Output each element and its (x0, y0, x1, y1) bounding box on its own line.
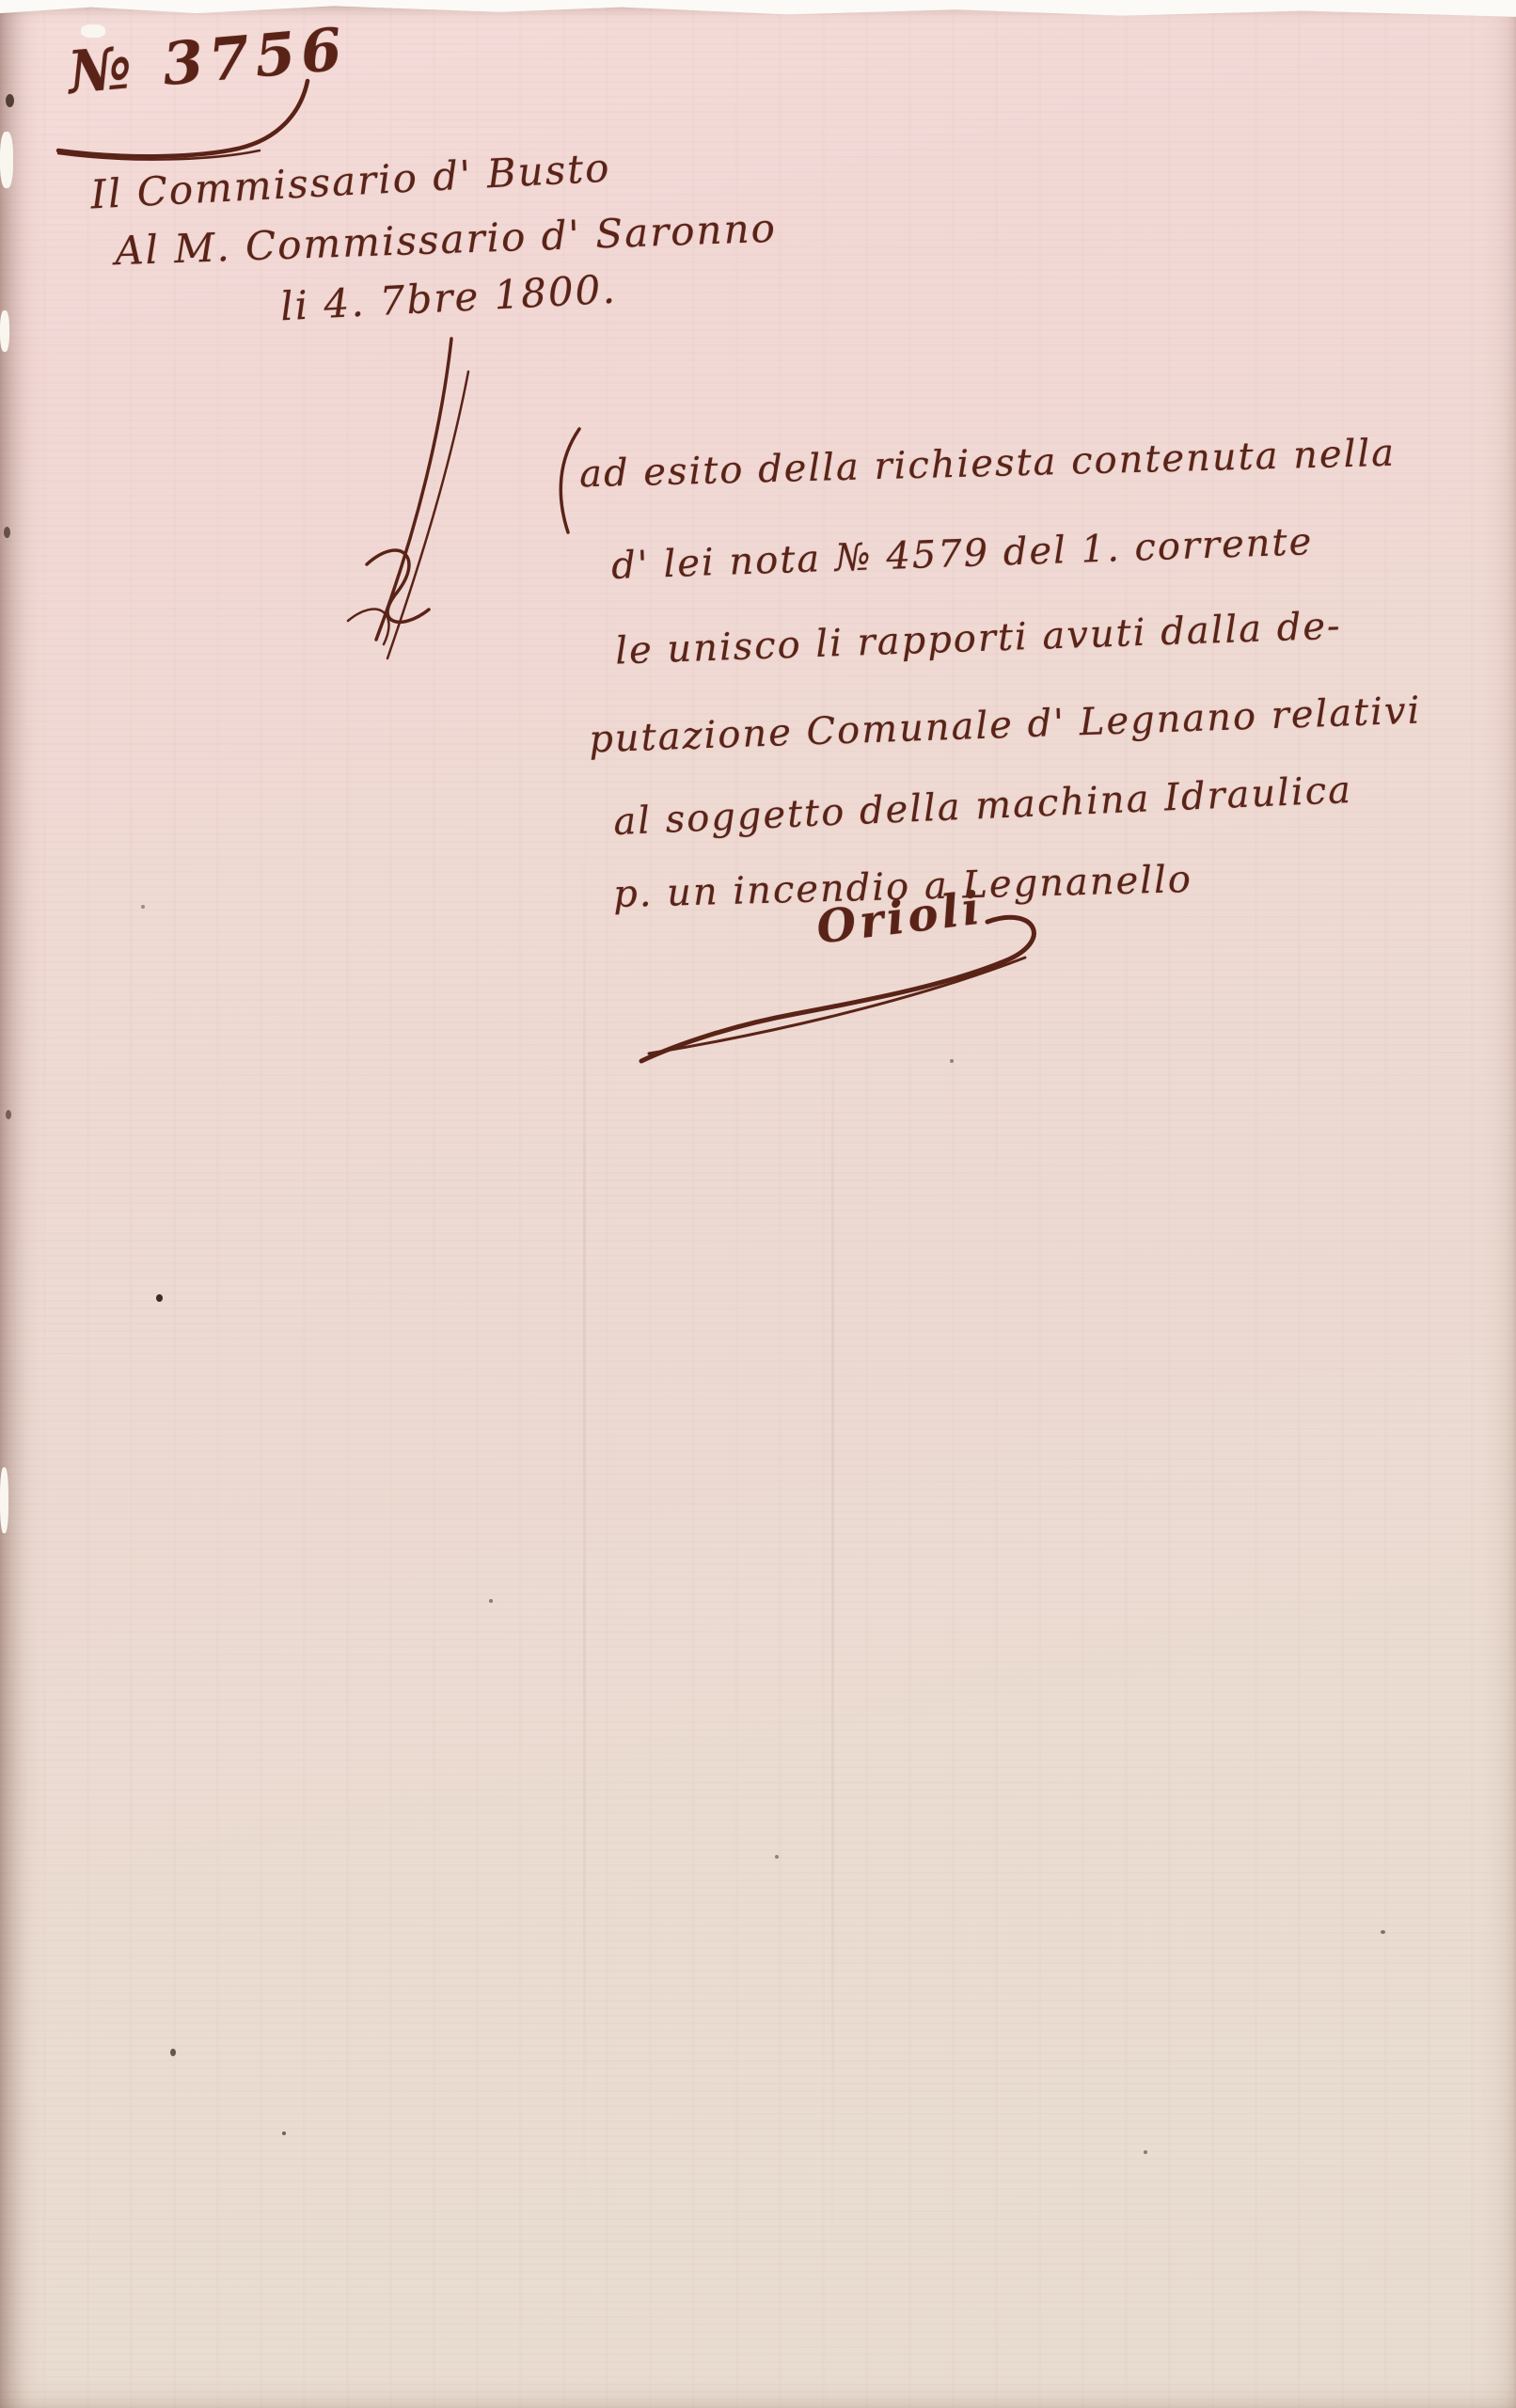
registry-underline-flourish-icon (45, 58, 346, 171)
edge-ink-mark (6, 1110, 11, 1119)
edge-ink-mark (4, 527, 10, 538)
paper-fleck (170, 2049, 176, 2056)
torn-edge-nick (0, 132, 13, 188)
vertical-crease (583, 809, 586, 2220)
edge-ink-mark (6, 94, 14, 107)
paper-fleck (156, 1294, 163, 1302)
torn-edge-nick (0, 310, 9, 352)
signature-flourish-icon (621, 903, 1072, 1072)
vertical-crease (831, 941, 834, 2257)
aged-paper-sheet (0, 0, 1516, 2408)
paper-fleck (282, 2131, 286, 2135)
torn-edge-nick (0, 1467, 8, 1533)
paper-fleck (1144, 2150, 1147, 2154)
paper-fleck (1381, 1930, 1385, 1934)
paper-fleck (141, 905, 145, 909)
paper-fleck (950, 1059, 954, 1063)
manuscript-page: № 3756 Il Commissario d' Busto Al M. Com… (0, 0, 1516, 2408)
margin-paraph-icon (310, 282, 480, 677)
torn-edge-nick (81, 24, 105, 38)
paper-fleck (489, 1599, 493, 1603)
paper-fleck (775, 1855, 779, 1859)
